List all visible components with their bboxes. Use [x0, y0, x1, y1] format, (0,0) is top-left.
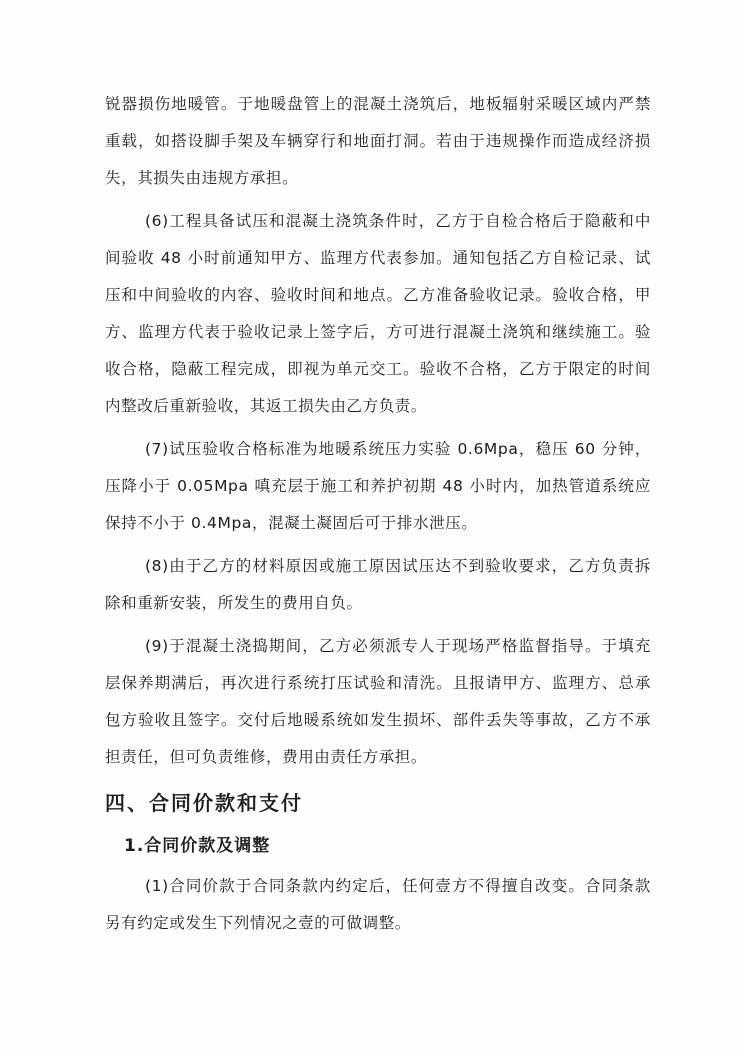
- subsection-heading: 1.合同价款及调整: [105, 826, 651, 866]
- paragraph: (7)试压验收合格标准为地暖系统压力实验 0.6Mpa，稳压 60 分钟，压降小…: [105, 431, 651, 542]
- paragraph: 锐器损伤地暖管。于地暖盘管上的混凝土浇筑后，地板辐射采暖区域内严禁重载，如搭设脚…: [105, 86, 651, 197]
- document-content: 锐器损伤地暖管。于地暖盘管上的混凝土浇筑后，地板辐射采暖区域内严禁重载，如搭设脚…: [105, 86, 651, 948]
- document-page: 锐器损伤地暖管。于地暖盘管上的混凝土浇筑后，地板辐射采暖区域内严禁重载，如搭设脚…: [0, 0, 744, 1052]
- paragraph: (9)于混凝土浇捣期间，乙方必须派专人于现场严格监督指导。于填充层保养期满后，再…: [105, 628, 651, 776]
- paragraph: (1)合同价款于合同条款内约定后，任何壹方不得擅自改变。合同条款另有约定或发生下…: [105, 868, 651, 942]
- paragraph: (6)工程具备试压和混凝土浇筑条件时，乙方于自检合格后于隐蔽和中间验收 48 小…: [105, 203, 651, 425]
- paragraph: (8)由于乙方的材料原因或施工原因试压达不到验收要求，乙方负责拆除和重新安装，所…: [105, 548, 651, 622]
- section-heading: 四、合同价款和支付: [105, 782, 651, 824]
